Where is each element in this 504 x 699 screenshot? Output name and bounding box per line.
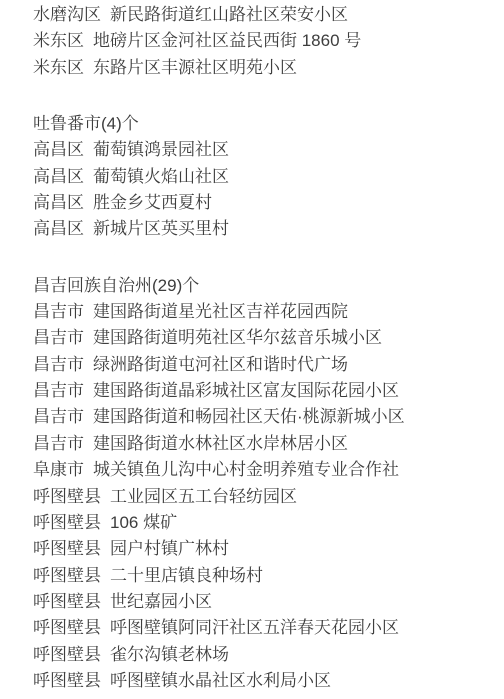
address-detail: 园户村镇广林村 — [110, 536, 229, 562]
region-name: 昌吉市 — [33, 352, 84, 378]
region-name: 呼图壁县 — [33, 536, 101, 562]
region-name: 呼图壁县 — [33, 668, 101, 694]
section-header: 吐鲁番市(4)个 — [33, 111, 496, 137]
address-detail: 呼图壁镇阿同汗社区五洋春天花园小区 — [110, 615, 399, 641]
region-name: 昌吉市 — [33, 325, 84, 351]
list-item: 阜康市城关镇鱼儿沟中心村金明养殖专业合作社 — [33, 457, 496, 483]
region-name: 呼图壁县 — [33, 589, 101, 615]
address-detail: 新城片区英买里村 — [93, 216, 229, 242]
list-item: 昌吉市建国路街道星光社区吉祥花园西院 — [33, 299, 496, 325]
blank-line — [33, 243, 496, 273]
list-item: 昌吉市建国路街道水林社区水岸林居小区 — [33, 431, 496, 457]
region-name: 高昌区 — [33, 137, 84, 163]
address-detail: 东路片区丰源社区明苑小区 — [93, 55, 297, 81]
section-header: 昌吉回族自治州(29)个 — [33, 273, 496, 299]
address-detail: 地磅片区金河社区益民西街 1860 号 — [93, 28, 361, 54]
risk-area-document: 水磨沟区新民路街道红山路社区荣安小区米东区地磅片区金河社区益民西街 1860 号… — [0, 0, 504, 694]
address-detail: 呼图壁镇水晶社区水利局小区 — [110, 668, 331, 694]
address-detail: 建国路街道水林社区水岸林居小区 — [93, 431, 348, 457]
list-item: 高昌区胜金乡艾西夏村 — [33, 190, 496, 216]
list-item: 昌吉市绿洲路街道屯河社区和谐时代广场 — [33, 352, 496, 378]
region-name: 呼图壁县 — [33, 563, 101, 589]
address-detail: 建国路街道明苑社区华尔兹音乐城小区 — [93, 325, 382, 351]
address-detail: 二十里店镇良种场村 — [110, 563, 263, 589]
risk-area-list: 水磨沟区新民路街道红山路社区荣安小区米东区地磅片区金河社区益民西街 1860 号… — [33, 2, 496, 694]
address-detail: 建国路街道和畅园社区天佑·桃源新城小区 — [93, 404, 405, 430]
list-item: 米东区地磅片区金河社区益民西街 1860 号 — [33, 28, 496, 54]
blank-line — [33, 81, 496, 111]
list-item: 昌吉市建国路街道明苑社区华尔兹音乐城小区 — [33, 325, 496, 351]
region-name: 高昌区 — [33, 216, 84, 242]
region-name: 水磨沟区 — [33, 2, 101, 28]
region-name: 昌吉市 — [33, 378, 84, 404]
list-item: 昌吉市建国路街道晶彩城社区富友国际花园小区 — [33, 378, 496, 404]
section-header-text: 吐鲁番市(4)个 — [33, 111, 139, 137]
address-detail: 建国路街道星光社区吉祥花园西院 — [93, 299, 348, 325]
list-item: 水磨沟区新民路街道红山路社区荣安小区 — [33, 2, 496, 28]
region-name: 呼图壁县 — [33, 484, 101, 510]
list-item: 呼图壁县世纪嘉园小区 — [33, 589, 496, 615]
address-detail: 工业园区五工台轻纺园区 — [110, 484, 297, 510]
list-item: 呼图壁县雀尔沟镇老林场 — [33, 642, 496, 668]
address-detail: 世纪嘉园小区 — [110, 589, 212, 615]
region-name: 昌吉市 — [33, 431, 84, 457]
list-item: 呼图壁县呼图壁镇水晶社区水利局小区 — [33, 668, 496, 694]
section-header-text: 昌吉回族自治州(29)个 — [33, 273, 199, 299]
region-name: 高昌区 — [33, 164, 84, 190]
region-name: 呼图壁县 — [33, 642, 101, 668]
region-name: 呼图壁县 — [33, 615, 101, 641]
list-item: 呼图壁县二十里店镇良种场村 — [33, 563, 496, 589]
region-name: 米东区 — [33, 55, 84, 81]
address-detail: 葡萄镇火焰山社区 — [93, 164, 229, 190]
address-detail: 胜金乡艾西夏村 — [93, 190, 212, 216]
list-item: 呼图壁县106 煤矿 — [33, 510, 496, 536]
list-item: 高昌区葡萄镇火焰山社区 — [33, 164, 496, 190]
list-item: 呼图壁县呼图壁镇阿同汗社区五洋春天花园小区 — [33, 615, 496, 641]
address-detail: 雀尔沟镇老林场 — [110, 642, 229, 668]
address-detail: 城关镇鱼儿沟中心村金明养殖专业合作社 — [93, 457, 399, 483]
region-name: 阜康市 — [33, 457, 84, 483]
address-detail: 建国路街道晶彩城社区富友国际花园小区 — [93, 378, 399, 404]
region-name: 昌吉市 — [33, 299, 84, 325]
list-item: 昌吉市建国路街道和畅园社区天佑·桃源新城小区 — [33, 404, 496, 430]
address-detail: 新民路街道红山路社区荣安小区 — [110, 2, 348, 28]
region-name: 米东区 — [33, 28, 84, 54]
list-item: 呼图壁县工业园区五工台轻纺园区 — [33, 484, 496, 510]
address-detail: 绿洲路街道屯河社区和谐时代广场 — [93, 352, 348, 378]
address-detail: 葡萄镇鸿景园社区 — [93, 137, 229, 163]
list-item: 高昌区葡萄镇鸿景园社区 — [33, 137, 496, 163]
list-item: 高昌区新城片区英买里村 — [33, 216, 496, 242]
region-name: 昌吉市 — [33, 404, 84, 430]
list-item: 呼图壁县园户村镇广林村 — [33, 536, 496, 562]
list-item: 米东区东路片区丰源社区明苑小区 — [33, 55, 496, 81]
address-detail: 106 煤矿 — [110, 510, 177, 536]
region-name: 呼图壁县 — [33, 510, 101, 536]
region-name: 高昌区 — [33, 190, 84, 216]
